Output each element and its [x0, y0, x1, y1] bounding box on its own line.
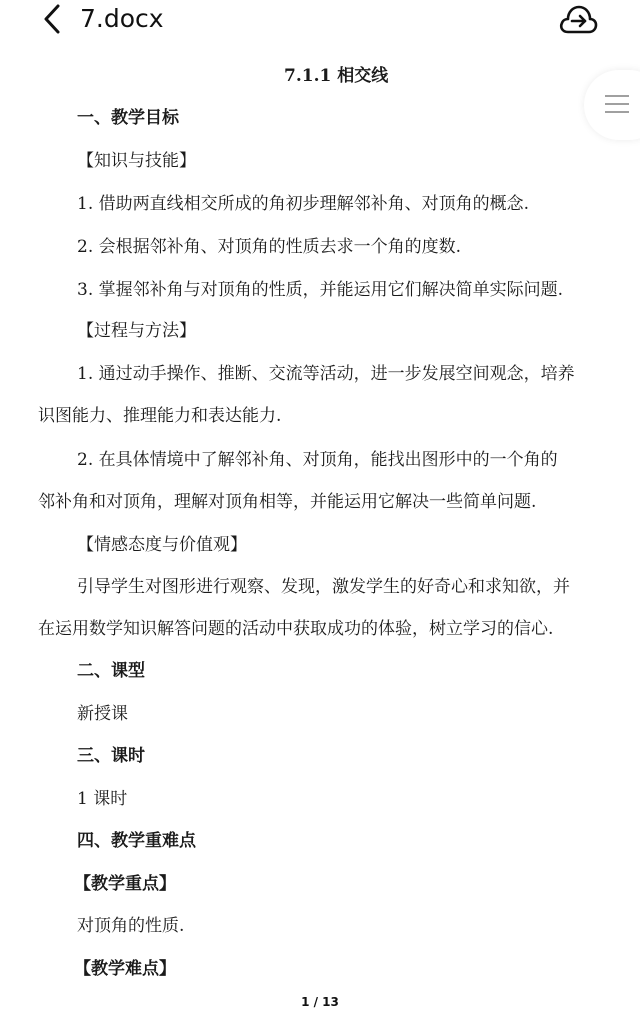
- chevron-left-icon: [38, 2, 68, 36]
- back-button[interactable]: [38, 2, 68, 36]
- paragraph-line: 引导学生对图形进行观察、发现，激发学生的好奇心和求知欲，并: [77, 576, 570, 598]
- page-indicator: 1 / 13: [0, 995, 640, 1009]
- section-heading: 二、课型: [77, 660, 145, 682]
- paragraph-line: 识图能力、推理能力和表达能力.: [38, 405, 281, 427]
- subsection-heading: 【教学难点】: [74, 958, 176, 980]
- cloud-upload-icon: [558, 2, 600, 36]
- paragraph-line: 1. 通过动手操作、推断、交流等活动，进一步发展空间观念，培养: [77, 363, 575, 385]
- paragraph-line: 1. 借助两直线相交所成的角初步理解邻补角、对顶角的概念.: [77, 193, 529, 215]
- document-title: 7.1.1 相交线: [284, 65, 388, 87]
- menu-button[interactable]: [584, 70, 640, 140]
- paragraph-line: 邻补角和对顶角，理解对顶角相等，并能运用它解决一些简单问题.: [38, 491, 536, 513]
- paragraph-line: 1 课时: [77, 788, 127, 810]
- subsection-heading: 【过程与方法】: [77, 320, 196, 342]
- section-heading: 四、教学重难点: [77, 830, 196, 852]
- section-heading: 三、课时: [77, 745, 145, 767]
- paragraph-line: 对顶角的性质.: [77, 915, 184, 937]
- paragraph-line: 新授课: [77, 703, 128, 725]
- file-title: 7.docx: [80, 2, 164, 36]
- top-bar: 7.docx: [0, 0, 640, 40]
- subsection-heading: 【知识与技能】: [77, 150, 196, 172]
- subsection-heading: 【情感态度与价值观】: [77, 534, 247, 556]
- section-heading: 一、教学目标: [77, 107, 179, 129]
- paragraph-line: 2. 会根据邻补角、对顶角的性质去求一个角的度数.: [77, 236, 461, 258]
- subsection-heading: 【教学重点】: [74, 873, 176, 895]
- paragraph-line: 3. 掌握邻补角与对顶角的性质，并能运用它们解决简单实际问题.: [77, 279, 563, 301]
- cloud-upload-button[interactable]: [558, 2, 600, 36]
- paragraph-line: 在运用数学知识解答问题的活动中获取成功的体验，树立学习的信心.: [38, 618, 553, 640]
- paragraph-line: 2. 在具体情境中了解邻补角、对顶角，能找出图形中的一个角的: [77, 449, 558, 471]
